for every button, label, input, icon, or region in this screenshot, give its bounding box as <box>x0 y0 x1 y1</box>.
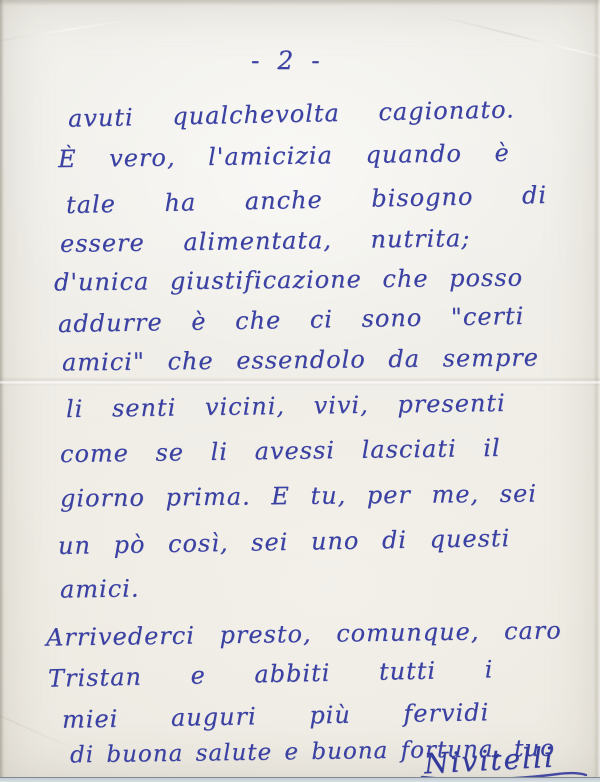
handwritten-line-13: Arrivederci presto, comunque, caro <box>46 616 562 651</box>
handwritten-line-6: addurre è che ci sono "certi <box>58 302 525 338</box>
paper-top-edge-shadow <box>0 0 600 6</box>
handwritten-line-4: essere alimentata, nutrita; <box>60 224 471 258</box>
handwritten-line-2: È vero, l'amicizia quando è <box>58 139 510 173</box>
handwritten-line-11: un pò così, sei uno di questi <box>58 524 511 560</box>
handwritten-line-14: Tristan e abbiti tutti i <box>48 655 494 692</box>
page-number: - 2 - <box>251 46 325 75</box>
letter-page: - 2 - avuti qualchevolta cagionato. È ve… <box>0 0 600 782</box>
handwritten-line-5: d'unica giustificazione che posso <box>54 264 523 297</box>
fold-crease <box>0 377 600 386</box>
paper-right-edge-shadow <box>593 0 600 782</box>
handwritten-line-12: amici. <box>60 574 140 603</box>
scan-bottom-edge <box>0 777 600 782</box>
crease-top-left <box>0 17 139 44</box>
handwritten-line-10: giorno prima. E tu, per me, sei <box>60 480 537 513</box>
handwritten-line-3: tale ha anche bisogno di <box>66 181 548 219</box>
handwritten-line-7: amici" che essendolo da sempre <box>62 344 539 377</box>
handwritten-line-9: come se li avessi lasciati il <box>60 434 501 468</box>
handwritten-line-15: miei auguri più fervidi <box>62 698 490 733</box>
handwritten-line-1: avuti qualchevolta cagionato. <box>68 95 515 132</box>
crease-top-right <box>428 13 600 66</box>
paper-left-edge-shadow <box>0 0 4 782</box>
handwritten-line-8: li senti vicini, vivi, presenti <box>66 389 506 423</box>
